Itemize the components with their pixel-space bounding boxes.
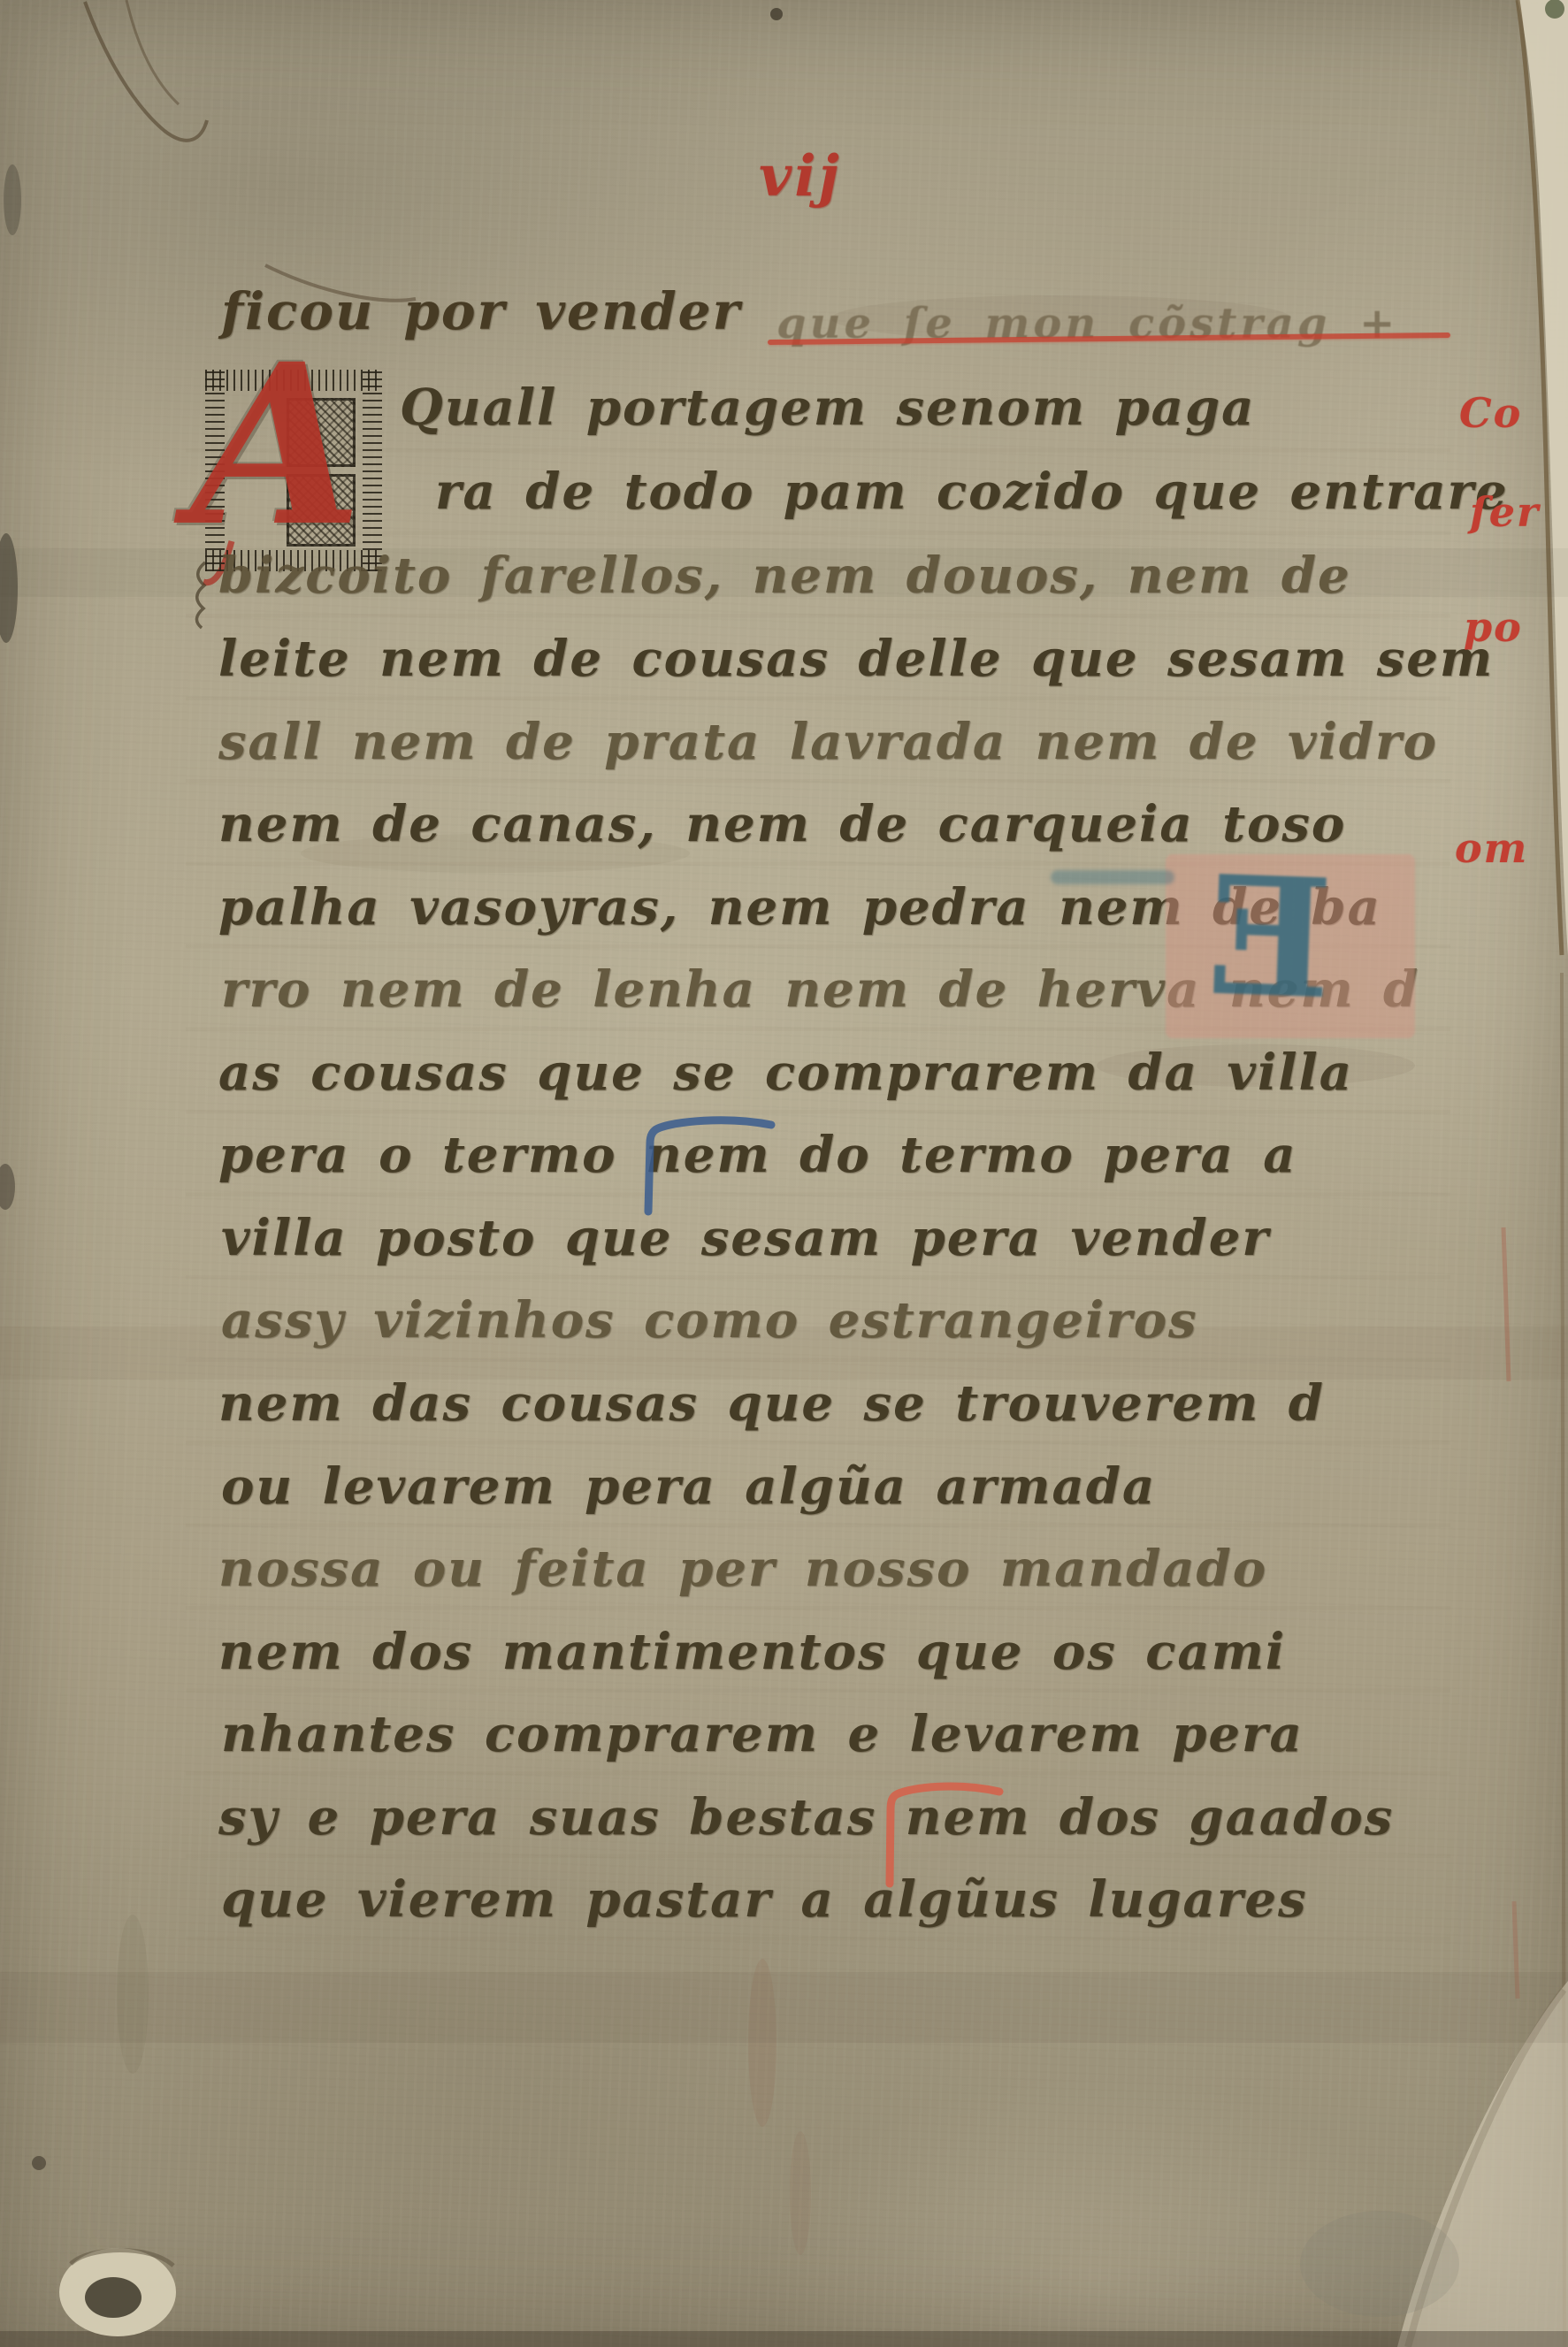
margin-note: ſer bbox=[1470, 488, 1540, 536]
text-line: nossa ou feita per nosso mandado bbox=[218, 1540, 1267, 1598]
text-line: leite nem de cousas delle que sesam sem bbox=[218, 630, 1494, 688]
decorated-initial-A: A bbox=[205, 370, 382, 571]
folio-number: vij bbox=[759, 143, 842, 210]
text-line: assy vizinhos como estrangeiros bbox=[221, 1291, 1198, 1349]
text-line: sy e pera suas bestas nem dos gaados bbox=[218, 1788, 1394, 1846]
margin-note: Co bbox=[1459, 389, 1522, 437]
text-line: sall nem de prata lavrada nem de vidro bbox=[218, 713, 1438, 771]
margin-note: po bbox=[1464, 603, 1523, 651]
text-line: ra de todo pam cozido que entrare bbox=[435, 463, 1509, 521]
text-line: ou levarem pera algũa armada bbox=[221, 1457, 1156, 1516]
text-line: nem de canas, nem de carqueia toso bbox=[218, 795, 1346, 853]
text-line: nem das cousas que se trouverem d bbox=[218, 1374, 1325, 1433]
margin-note: om bbox=[1455, 824, 1528, 872]
text-line: bizcoito farellos, nem douos, nem de bbox=[218, 547, 1351, 605]
text-line: nhantes comprarem e levarem pera bbox=[221, 1705, 1304, 1763]
text-line: Quall portagem senom paga bbox=[400, 378, 1255, 437]
text-line: que vierem pastar a algũus lugares bbox=[221, 1870, 1307, 1929]
text-line: as cousas que se comprarem da villa bbox=[218, 1044, 1353, 1102]
showthrough-ink-streak bbox=[1051, 870, 1174, 884]
showthrough-initial-letter: E bbox=[1205, 847, 1335, 1028]
blue-paraph-mark bbox=[637, 1112, 783, 1223]
initial-letter: A bbox=[191, 334, 363, 555]
initial-frame-right bbox=[363, 370, 382, 571]
text-line: nem dos mantimentos que os cami bbox=[218, 1623, 1286, 1681]
red-paraph-mark bbox=[877, 1776, 1010, 1895]
manuscript-page: vij ficou por vender que ſe mon cõstrag … bbox=[0, 0, 1568, 2347]
